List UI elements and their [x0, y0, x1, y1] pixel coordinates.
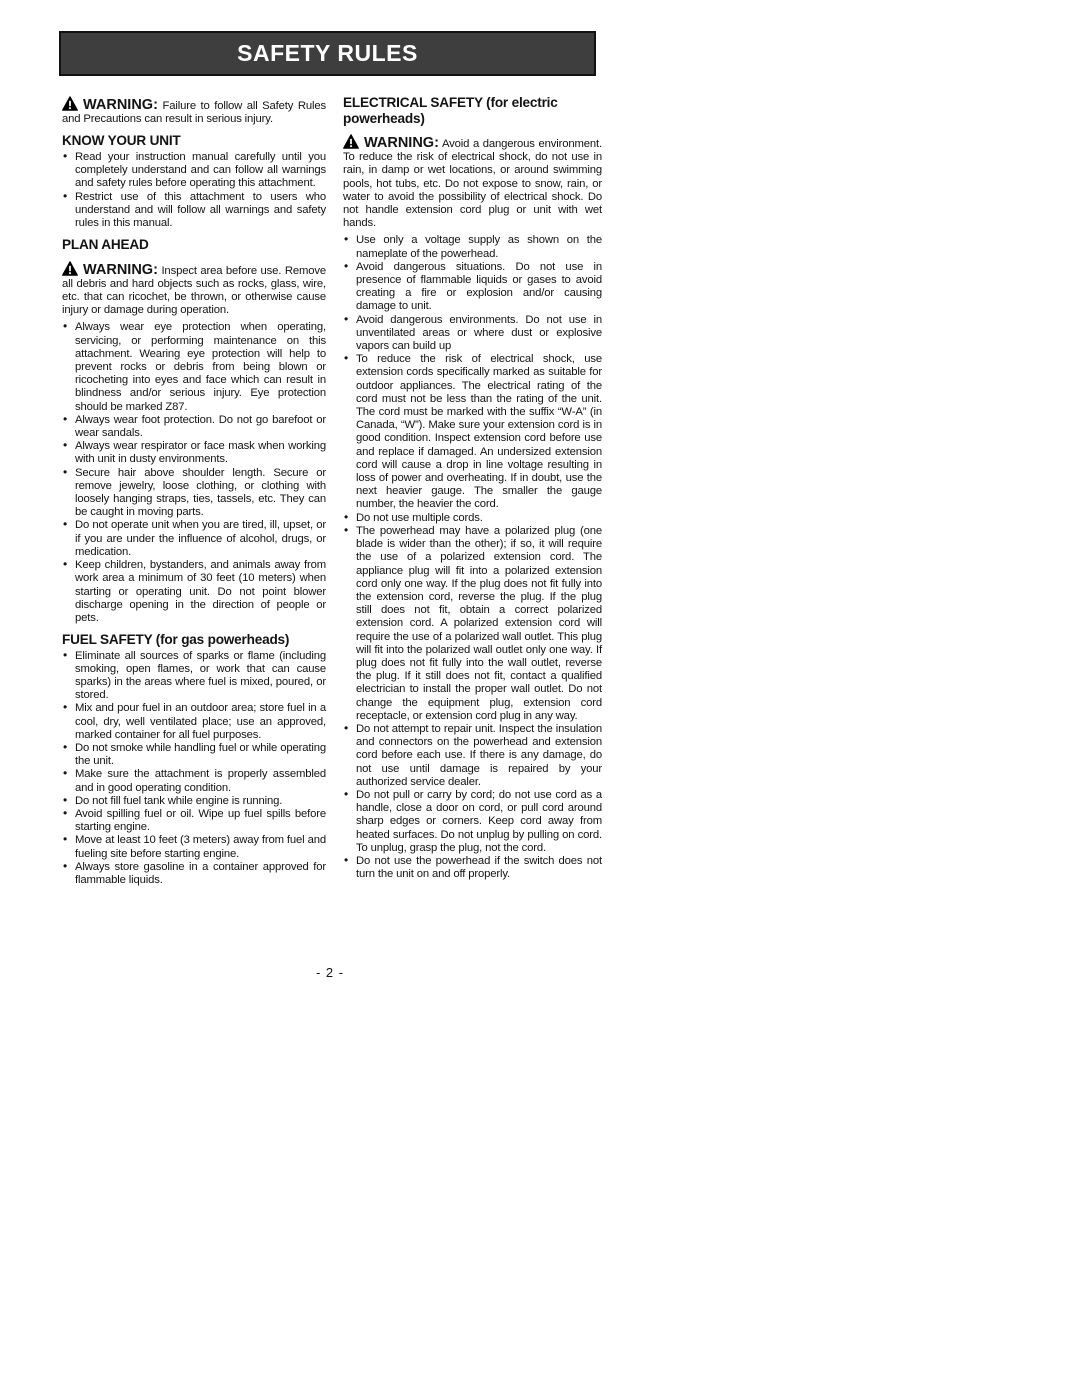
bullet-item: Keep children, bystanders, and animals a…	[62, 559, 326, 625]
bullet-list: Eliminate all sources of sparks or flame…	[62, 650, 326, 888]
bullet-item: Avoid dangerous situations. Do not use i…	[343, 261, 602, 314]
warning-triangle-icon	[62, 96, 78, 111]
left-column: WARNING: Failure to follow all Safety Ru…	[62, 88, 326, 887]
warning-paragraph: WARNING: Avoid a dangerous environment. …	[343, 134, 602, 230]
warning-paragraph: WARNING: Inspect area before use. Remove…	[62, 261, 326, 318]
bullet-item: Do not operate unit when you are tired, …	[62, 519, 326, 559]
bullet-item: Do not fill fuel tank while engine is ru…	[62, 795, 326, 808]
bullet-list: Read your instruction manual carefully u…	[62, 151, 326, 230]
warning-label: WARNING:	[83, 97, 158, 113]
bullet-item: Do not pull or carry by cord; do not use…	[343, 789, 602, 855]
right-column: ELECTRICAL SAFETY (for electric powerhea…	[343, 88, 602, 887]
manual-page: SAFETY RULES WARNING: Failure to follow …	[0, 0, 1080, 1397]
bullet-item: Make sure the attachment is properly ass…	[62, 768, 326, 794]
section-heading: FUEL SAFETY (for gas powerheads)	[62, 632, 326, 648]
warning-text: Avoid a dangerous environment. To reduce…	[343, 138, 602, 229]
bullet-item: Move at least 10 feet (3 meters) away fr…	[62, 834, 326, 860]
bullet-list: Use only a voltage supply as shown on th…	[343, 234, 602, 881]
page-title: SAFETY RULES	[237, 40, 418, 67]
bullet-item: The powerhead may have a polarized plug …	[343, 525, 602, 723]
bullet-item: Eliminate all sources of sparks or flame…	[62, 650, 326, 703]
bullet-item: Do not smoke while handling fuel or whil…	[62, 742, 326, 768]
bullet-list: Always wear eye protection when operatin…	[62, 321, 326, 625]
bullet-item: Use only a voltage supply as shown on th…	[343, 234, 602, 260]
bullet-item: Avoid dangerous environments. Do not use…	[343, 314, 602, 354]
bullet-item: Do not use multiple cords.	[343, 512, 602, 525]
bullet-item: Always wear respirator or face mask when…	[62, 440, 326, 466]
section-heading: ELECTRICAL SAFETY (for electric powerhea…	[343, 95, 602, 126]
warning-paragraph: WARNING: Failure to follow all Safety Ru…	[62, 96, 326, 126]
warning-label: WARNING:	[83, 262, 158, 278]
page-title-bar: SAFETY RULES	[59, 31, 596, 76]
bullet-item: Always wear foot protection. Do not go b…	[62, 414, 326, 440]
page-content: WARNING: Failure to follow all Safety Ru…	[62, 88, 602, 887]
bullet-item: Avoid spilling fuel or oil. Wipe up fuel…	[62, 808, 326, 834]
bullet-item: Always wear eye protection when operatin…	[62, 321, 326, 413]
bullet-item: Do not attempt to repair unit. Inspect t…	[343, 723, 602, 789]
bullet-item: Secure hair above shoulder length. Secur…	[62, 467, 326, 520]
bullet-item: Do not use the powerhead if the switch d…	[343, 855, 602, 881]
bullet-item: Restrict use of this attachment to users…	[62, 191, 326, 231]
bullet-item: Mix and pour fuel in an outdoor area; st…	[62, 702, 326, 742]
warning-triangle-icon	[343, 134, 359, 149]
bullet-item: Read your instruction manual carefully u…	[62, 151, 326, 191]
bullet-item: To reduce the risk of electrical shock, …	[343, 353, 602, 511]
page-number: - 2 -	[60, 965, 600, 980]
warning-label: WARNING:	[364, 135, 439, 151]
section-heading: PLAN AHEAD	[62, 237, 326, 253]
section-heading: KNOW YOUR UNIT	[62, 133, 326, 149]
warning-triangle-icon	[62, 261, 78, 276]
bullet-item: Always store gasoline in a container app…	[62, 861, 326, 887]
